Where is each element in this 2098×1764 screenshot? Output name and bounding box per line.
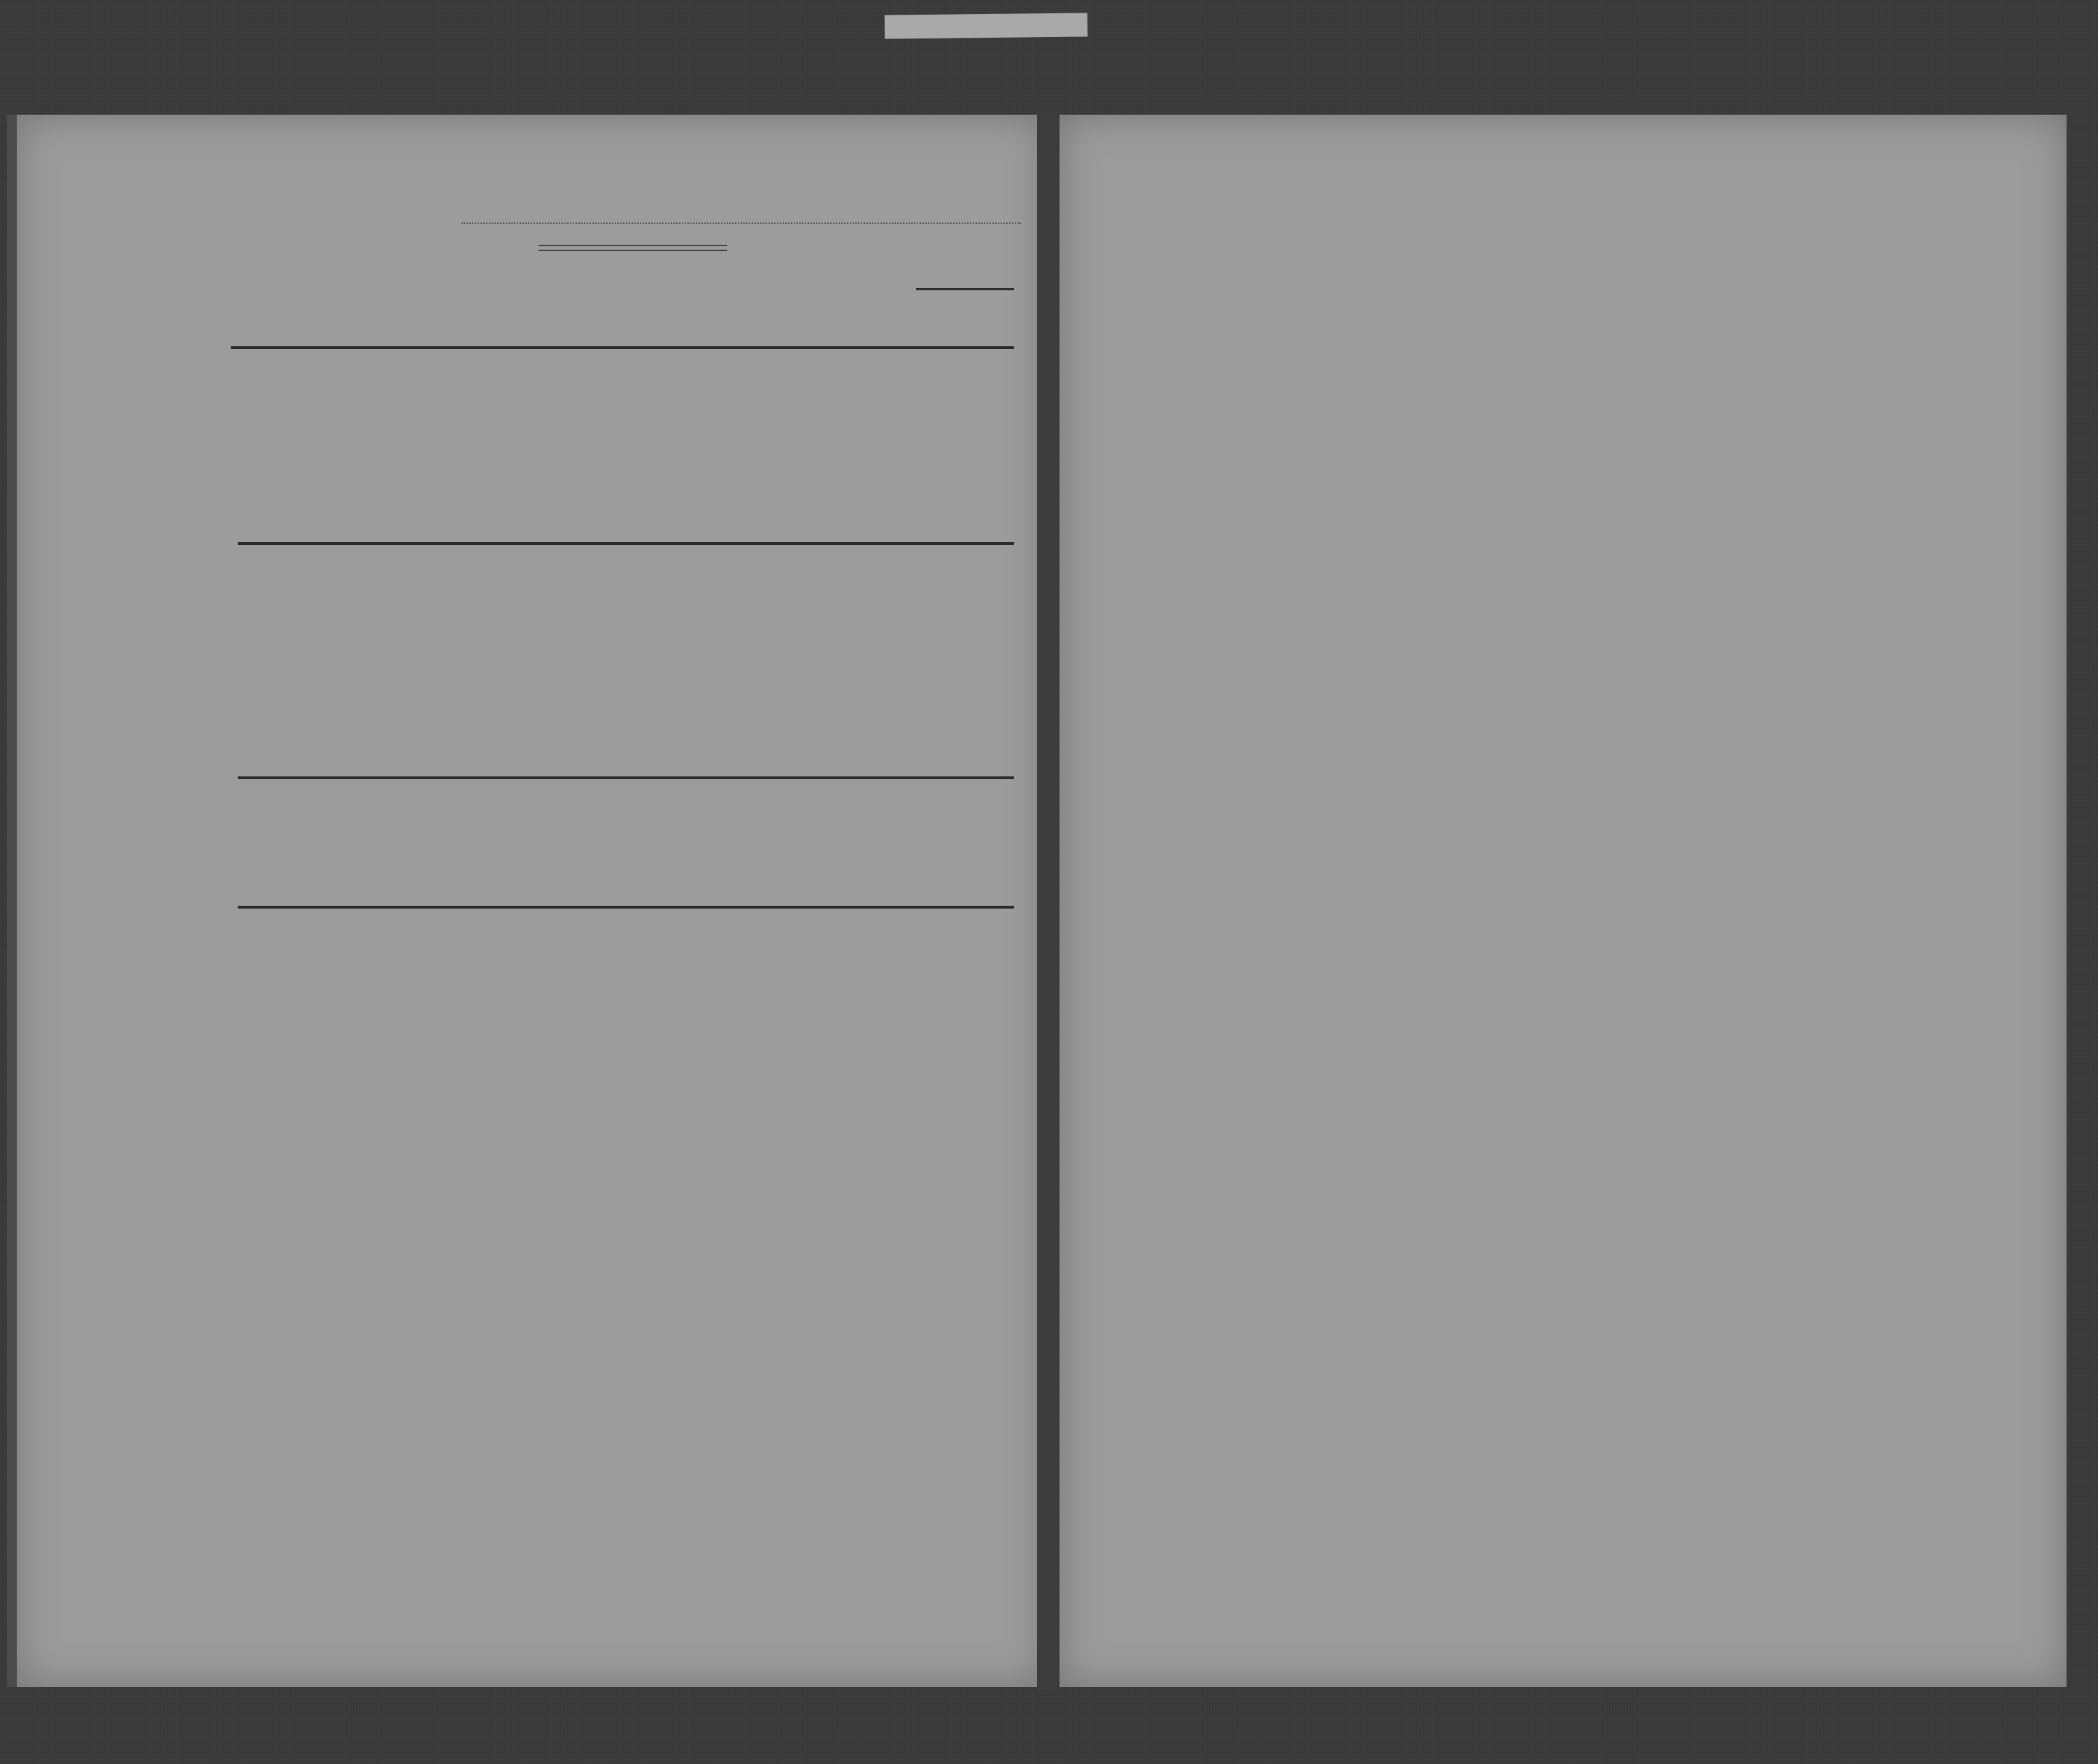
section-rule [238, 542, 1014, 545]
record-number-label [315, 204, 320, 233]
section-rule [231, 346, 1014, 349]
des-text [727, 795, 736, 823]
fill-rule [916, 288, 1014, 290]
paper-strip [885, 13, 1087, 38]
book-gutter [1037, 112, 1058, 1690]
section-rule [238, 906, 1014, 909]
double-rule [538, 245, 727, 251]
ambtenaar-line [227, 364, 231, 387]
right-page [1059, 115, 2067, 1687]
section-rule [238, 776, 1014, 779]
year-line [227, 311, 231, 335]
left-page [7, 115, 1045, 1687]
dotted-line [462, 222, 1021, 224]
